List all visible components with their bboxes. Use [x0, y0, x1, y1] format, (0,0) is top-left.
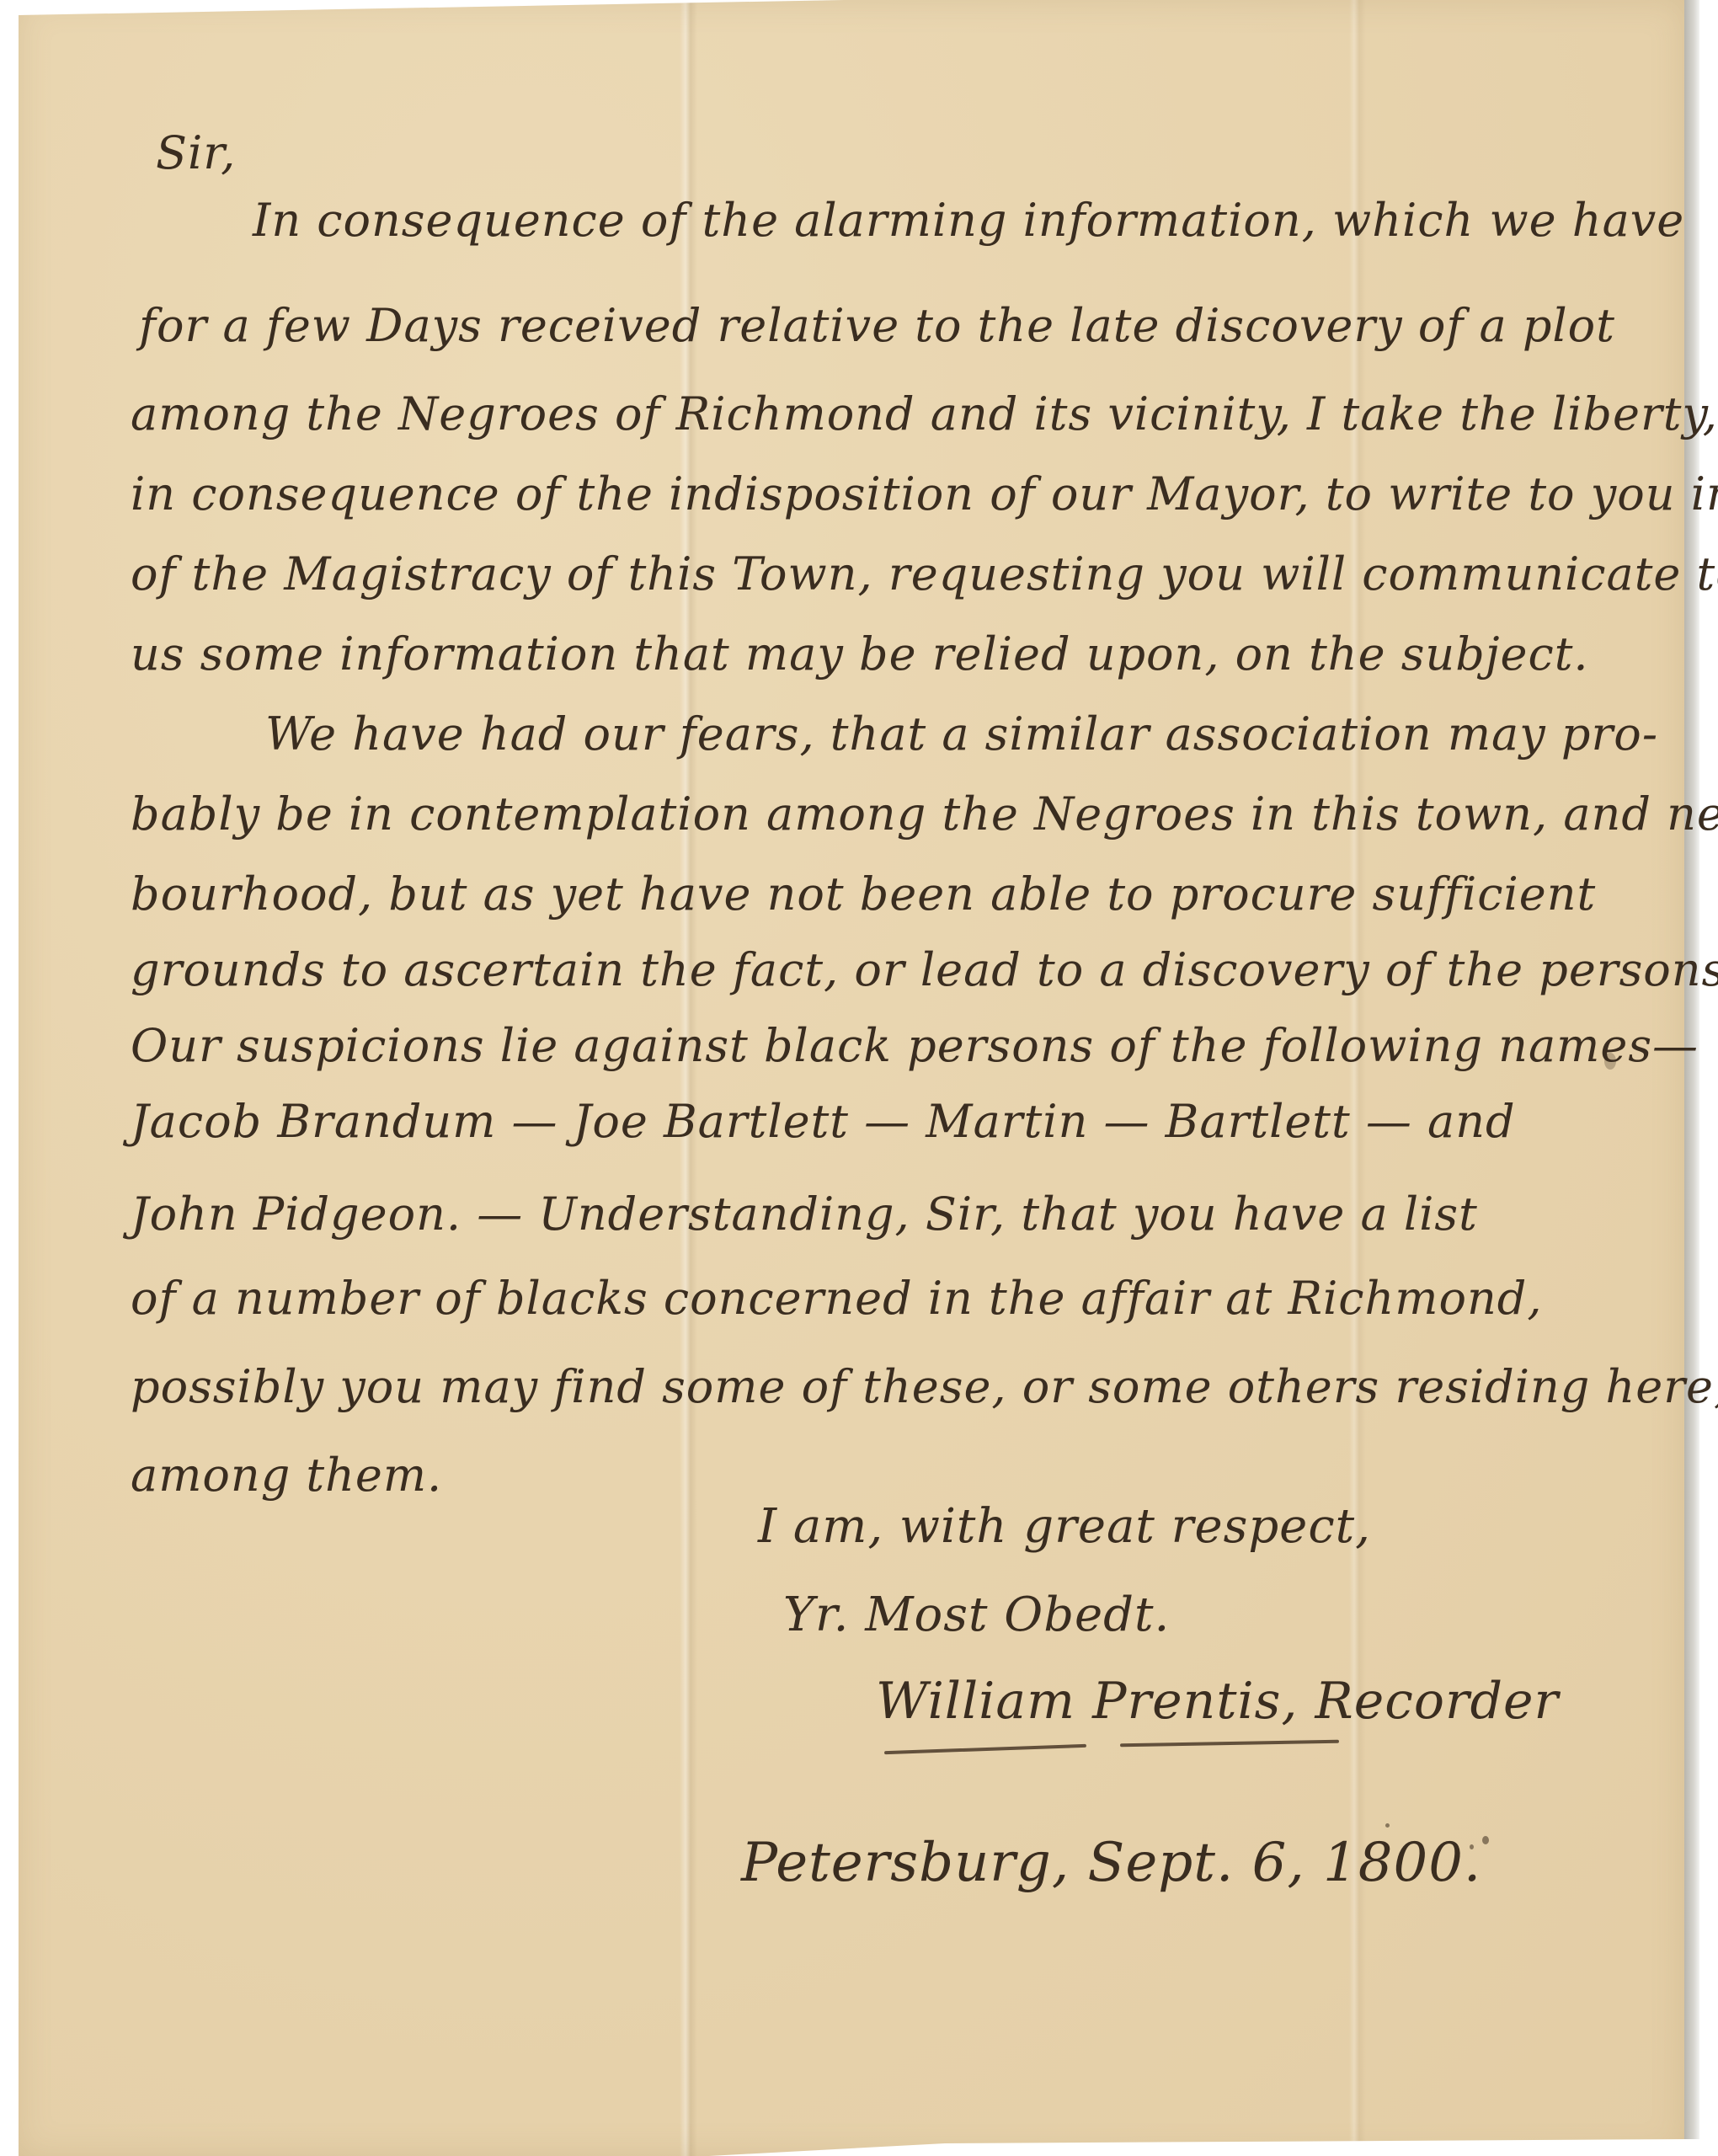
- letter-line: Jacob Brandum — Joe Bartlett — Martin — …: [131, 1095, 1516, 1149]
- letter-line: possibly you may find some of these, or …: [131, 1360, 1718, 1414]
- dateline: Petersburg, Sept. 6, 1800.: [741, 1832, 1481, 1894]
- ink-spot: [1470, 1844, 1474, 1849]
- letter-line: bourhood, but as yet have not been able …: [131, 867, 1596, 921]
- ink-spot: [1482, 1836, 1489, 1844]
- letter-line: Our suspicions lie against black persons…: [131, 1019, 1699, 1073]
- closing-line: Yr. Most Obedt.: [783, 1588, 1170, 1642]
- ink-spot: [1604, 1053, 1616, 1070]
- letter-line: us some information that may be relied u…: [131, 627, 1589, 681]
- letter-line: John Pidgeon. — Understanding, Sir, that…: [131, 1187, 1478, 1241]
- letter-line: among the Negroes of Richmond and its vi…: [131, 387, 1718, 441]
- ink-spot: [1385, 1823, 1390, 1828]
- letter-line: In consequence of the alarming informati…: [253, 194, 1684, 248]
- letter-line: We have had our fears, that a similar as…: [265, 707, 1658, 761]
- letter-line: among them.: [131, 1449, 442, 1502]
- signature: William Prentis, Recorder: [876, 1672, 1559, 1731]
- salutation: Sir,: [156, 126, 236, 179]
- letter-line: of a number of blacks concerned in the a…: [131, 1272, 1543, 1326]
- letter-line: in consequence of the indisposition of o…: [131, 467, 1718, 521]
- letter-line: grounds to ascertain the fact, or lead t…: [131, 943, 1718, 997]
- closing-line: I am, with great respect,: [758, 1499, 1371, 1554]
- letter-line: of the Magistracy of this Town, requesti…: [131, 547, 1718, 601]
- letter-line: for a few Days received relative to the …: [139, 299, 1615, 353]
- letter-line: bably be in contemplation among the Negr…: [131, 787, 1718, 841]
